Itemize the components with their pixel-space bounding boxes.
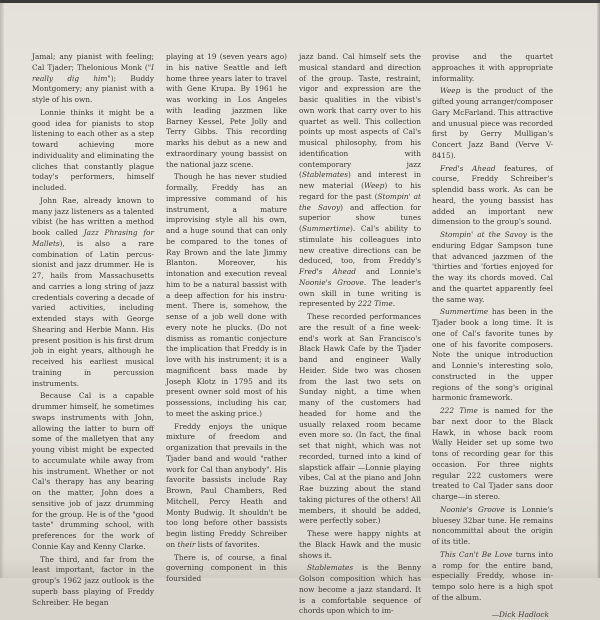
text-run: . [393, 299, 395, 308]
text-column-1: Jamal; any pianist with feeling; Cal Tja… [32, 52, 154, 578]
text-column-2: playing at 19 (seven years ago) in his n… [166, 52, 287, 578]
text-run: Jamal; any pianist with feeling; Cal Tja… [32, 52, 154, 72]
paragraph: Jamal; any pianist with feeling; Cal Tja… [32, 52, 154, 106]
paragraph: John Rae, already known to many jazz lis… [32, 196, 154, 390]
scan-top-edge [0, 0, 600, 3]
text-run: and Lonnie's [356, 267, 421, 276]
text-run: provise and the quartet approaches it wi… [432, 52, 553, 83]
paragraph: Noonie's Groove is Lonnie's blue­sey 32­… [432, 505, 553, 548]
paragraph: provise and the quartet approaches it wi… [432, 52, 553, 84]
paragraph: Summertime has been in the Tjader book a… [432, 307, 553, 404]
paragraph: 222 Time is named for the bar next door … [432, 406, 553, 503]
paragraph: playing at 19 (seven years ago) in his n… [166, 52, 287, 170]
text-run: These were happy nights at the Black Haw… [299, 529, 421, 560]
text-run: These recorded performances are the resu… [299, 312, 421, 525]
paragraph: Fred's Ahead features, of course, Freddy… [432, 164, 553, 229]
italic-title: 222 Time [358, 299, 393, 308]
italic-title: Stompin' at the Savoy [440, 230, 527, 239]
paragraph: Weep is the product of the gifted young … [432, 86, 553, 161]
text-run: Though he has never studied for­mally, F… [166, 172, 287, 418]
text-run: playing at 19 (seven years ago) in his n… [166, 52, 287, 169]
italic-title: Weep [364, 181, 384, 190]
italic-title: Fred's Ahead [440, 164, 496, 173]
paragraph: Freddy enjoys the unique mixture of free… [166, 422, 287, 551]
italic-title: Summertime [302, 224, 350, 233]
italic-title: Summertime [440, 307, 488, 316]
text-run: Freddy enjoys the unique mixture of free… [166, 422, 287, 549]
liner-notes-page: Jamal; any pianist with feeling; Cal Tja… [0, 0, 600, 578]
text-column-3: jazz band. Cal himself sets the musi­cal… [299, 52, 421, 578]
text-run: Lonnie thinks it might be a good idea fo… [32, 108, 154, 192]
text-run: has been in the Tjader book a long time.… [432, 307, 553, 402]
text-run: lists of favorites. [195, 540, 259, 549]
italic-title: their [178, 540, 196, 549]
paragraph: Because Cal is a capable drummer himself… [32, 391, 154, 552]
text-run: is the product of the gifted young arran… [432, 86, 553, 160]
paragraph: These were happy nights at the Black Haw… [299, 529, 421, 561]
paragraph: These recorded performances are the resu… [299, 312, 421, 527]
scan-left-edge [0, 3, 4, 578]
italic-title: Stablemates [302, 170, 348, 179]
paragraph: Lonnie thinks it might be a good idea fo… [32, 108, 154, 194]
text-run: Because Cal is a capable drummer himself… [32, 391, 154, 551]
italic-title: Noonie's Groove [299, 278, 364, 287]
text-run: is named for the bar next door to the Bl… [432, 406, 553, 501]
italic-title: Noonie's Groove [440, 505, 505, 514]
scan-bottom-shadow [0, 558, 600, 578]
italic-title: 222 Time [440, 406, 478, 415]
italic-title: Fred's Ahead [299, 267, 356, 276]
text-column-4: provise and the quartet approaches it wi… [432, 52, 553, 578]
text-run: jazz band. Cal himself sets the musi­cal… [299, 52, 421, 179]
paragraph: Though he has never studied for­mally, F… [166, 172, 287, 419]
italic-title: Weep [440, 86, 460, 95]
text-run: is the en­during Edgar Sampson tune that… [432, 230, 553, 304]
paragraph: Stompin' at the Savoy is the en­during E… [432, 230, 553, 305]
paragraph: jazz band. Cal himself sets the musi­cal… [299, 52, 421, 310]
text-run: ), is also a rare combination of Latin p… [32, 239, 154, 388]
